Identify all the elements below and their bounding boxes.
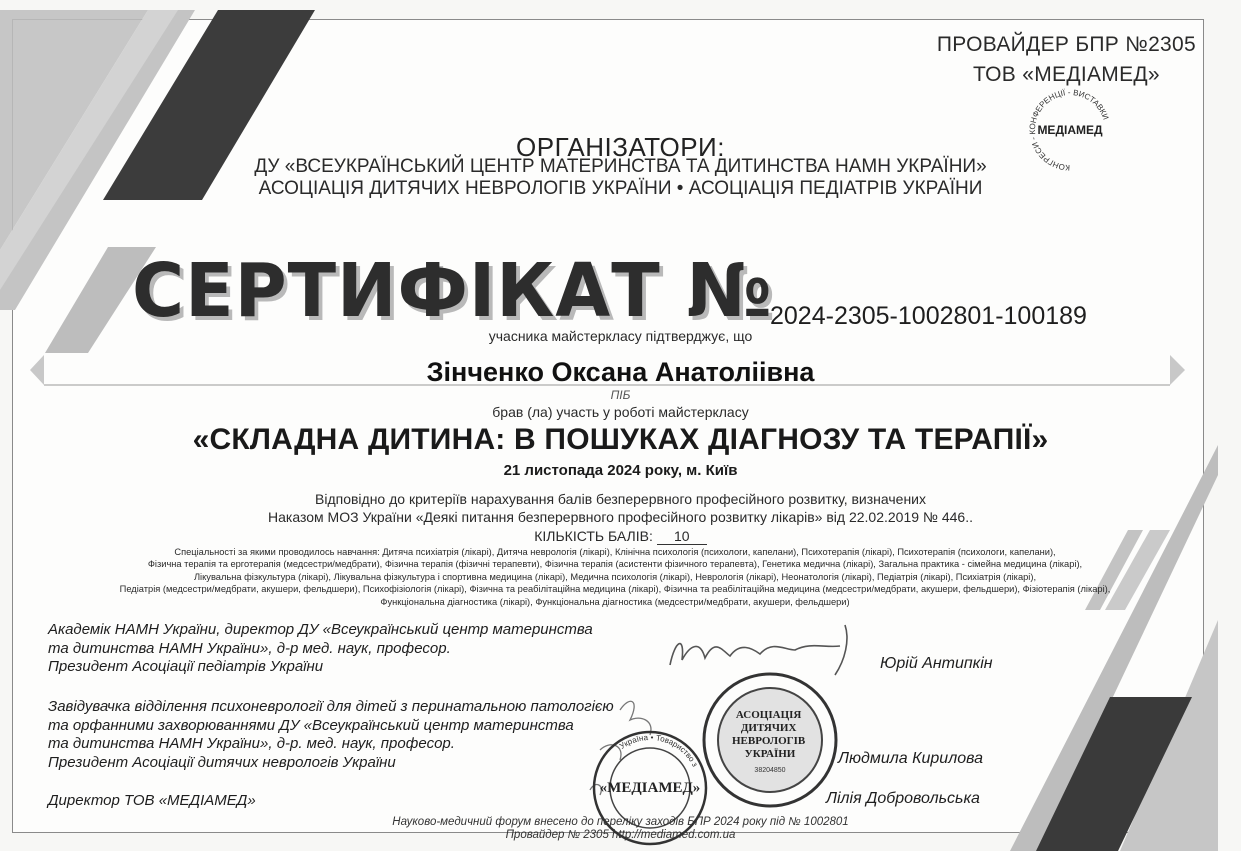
certificate-number: 2024-2305-1002801-100189 [770,302,1087,331]
specialties-line: Фізична терапія та ерготерапія (медсестр… [30,558,1200,570]
criteria-line-1: Відповідно до критеріїв нарахування балі… [0,490,1241,508]
points-value: 10 [657,528,707,545]
criteria-text: Відповідно до критеріїв нарахування балі… [0,490,1241,526]
signatory-1-position: Академік НАМН України, директор ДУ «Всеу… [48,621,593,677]
footer-line-2: Провайдер № 2305 http://mediamed.com.ua [0,829,1241,842]
points-label: КІЛЬКІСТЬ БАЛІВ: [534,528,653,544]
position-line: та дитинства НАМН України», д-р мед. нау… [48,640,593,659]
organizer-line-1: ДУ «ВСЕУКРАЇНСЬКИЙ ЦЕНТР МАТЕРИНСТВА ТА … [0,156,1241,178]
signatory-3-position: Директор ТОВ «МЕДІАМЕД» [48,792,256,811]
signatory-2-name: Людмила Кирилова [838,750,983,768]
association-stamp: АСОЦІАЦІЯ ДИТЯЧИХ НЕВРОЛОГІВ УКРАЇНИ 382… [700,670,840,810]
provider-line: ПРОВАЙДЕР БПР №2305 [937,30,1196,60]
event-date: 21 листопада 2024 року, м. Київ [0,462,1241,479]
position-line: Президент Асоціації педіатрів України [48,658,593,677]
svg-text:Україна • Товариство з: Україна • Товариство з [618,733,700,769]
footer-line-1: Науково-медичний форум внесено до перелі… [0,816,1241,829]
position-line: та орфанними захворюваннями ДУ «Всеукраї… [48,717,614,736]
name-caption: ПІБ [0,388,1241,402]
certificate-title: СЕРТИФІКАТ № [132,248,773,334]
position-line: Академік НАМН України, директор ДУ «Всеу… [48,621,593,640]
footer-note: Науково-медичний форум внесено до перелі… [0,816,1241,842]
svg-text:38204850: 38204850 [754,767,785,774]
specialties-line: Лікувальна фізкультура (лікарі), Лікувал… [30,571,1200,583]
position-line: Президент Асоціації дитячих неврологів У… [48,754,614,773]
specialties-list: Спеціальності за якими проводилось навча… [30,546,1200,608]
took-part-text: брав (ла) участь у роботі майстеркласу [0,404,1241,420]
signatory-3-name: Лілія Добровольська [826,790,980,808]
specialties-line: Спеціальності за якими проводилось навча… [30,546,1200,558]
criteria-line-2: Наказом МОЗ України «Деякі питання безпе… [0,508,1241,526]
points-row: КІЛЬКІСТЬ БАЛІВ: 10 [0,528,1241,545]
event-title: «СКЛАДНА ДИТИНА: В ПОШУКАХ ДІАГНОЗУ ТА Т… [0,423,1241,457]
position-line: Завідувачка відділення психоневрології д… [48,698,614,717]
position-line: та дитинства НАМН України», д-р. мед. на… [48,735,614,754]
signatory-2-position: Завідувачка відділення психоневрології д… [48,698,614,772]
position-line: Директор ТОВ «МЕДІАМЕД» [48,792,256,811]
svg-text:«МЕДІАМЕД»: «МЕДІАМЕД» [600,780,701,796]
participant-name: Зінченко Оксана Анатоліівна [0,357,1241,388]
signatory-1-name: Юрій Антипкін [880,655,993,673]
confirm-text: учасника майстеркласу підтверджує, що [0,328,1241,344]
specialties-line: Функціональна діагностика (лікарі), Функ… [30,596,1200,608]
organizer-line-2: АСОЦІАЦІЯ ДИТЯЧИХ НЕВРОЛОГІВ УКРАЇНИ • А… [0,178,1241,200]
specialties-line: Педіатрія (медсестри/медбрати, акушери, … [30,583,1200,595]
